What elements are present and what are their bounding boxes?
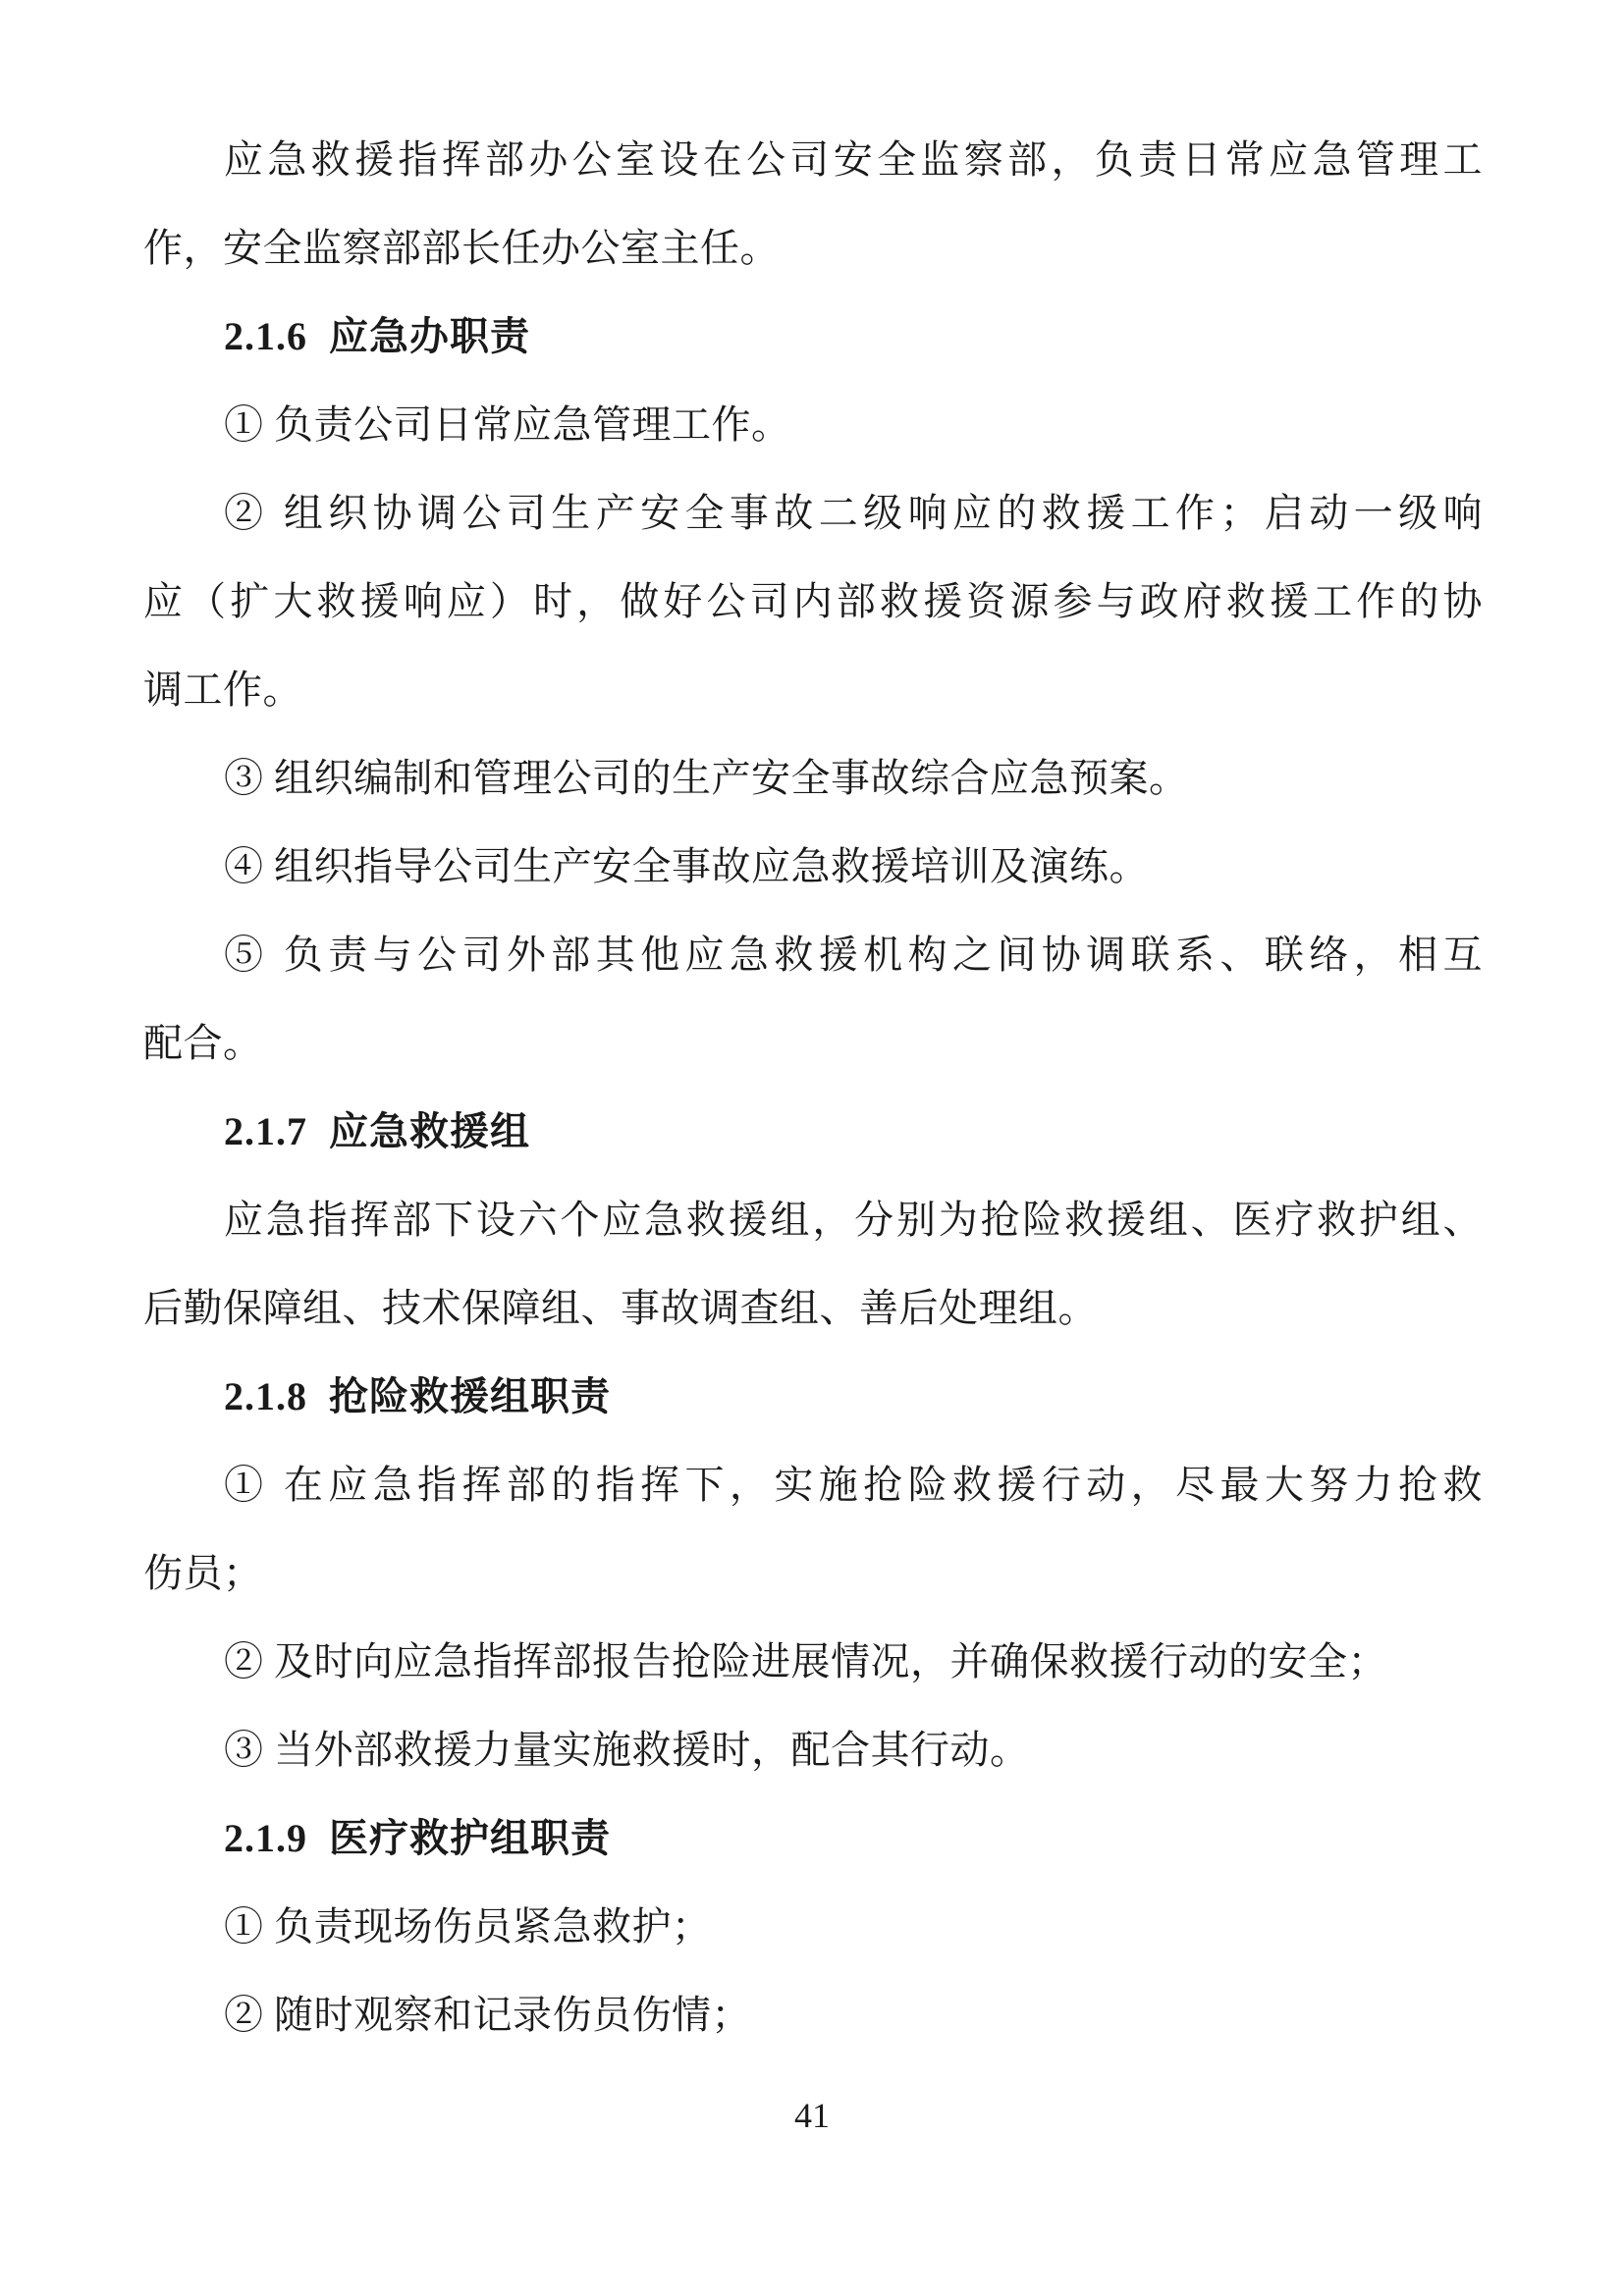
text-line: 应急指挥部下设六个应急救援组，分别为抢险救援组、医疗救护组、 bbox=[143, 1176, 1483, 1264]
page-number: 41 bbox=[0, 2091, 1624, 2140]
section-heading: 2.1.6 应急办职责 bbox=[143, 293, 1483, 381]
section-heading: 2.1.8 抢险救援组职责 bbox=[143, 1353, 1483, 1441]
text-line: 应（扩大救援响应）时，做好公司内部救援资源参与政府救援工作的协 bbox=[143, 558, 1483, 646]
text-line: ② 随时观察和记录伤员伤情； bbox=[143, 1971, 1483, 2059]
text-line: ③ 当外部救援力量实施救援时，配合其行动。 bbox=[143, 1706, 1483, 1794]
text-line: 调工作。 bbox=[143, 646, 1483, 734]
text-line: ② 组织协调公司生产安全事故二级响应的救援工作；启动一级响 bbox=[143, 469, 1483, 558]
text-line: ① 负责公司日常应急管理工作。 bbox=[143, 381, 1483, 469]
document-page: 应急救援指挥部办公室设在公司安全监察部，负责日常应急管理工作，安全监察部部长任办… bbox=[0, 0, 1624, 2296]
text-line: ② 及时向应急指挥部报告抢险进展情况，并确保救援行动的安全； bbox=[143, 1618, 1483, 1706]
text-line: ① 在应急指挥部的指挥下，实施抢险救援行动，尽最大努力抢救 bbox=[143, 1441, 1483, 1529]
text-line: 配合。 bbox=[143, 999, 1483, 1088]
section-heading: 2.1.9 医疗救护组职责 bbox=[143, 1794, 1483, 1883]
text-line: 伤员； bbox=[143, 1529, 1483, 1618]
text-line: 后勤保障组、技术保障组、事故调查组、善后处理组。 bbox=[143, 1264, 1483, 1353]
text-line: ③ 组织编制和管理公司的生产安全事故综合应急预案。 bbox=[143, 734, 1483, 823]
text-line: ① 负责现场伤员紧急救护； bbox=[143, 1883, 1483, 1971]
text-line: ⑤ 负责与公司外部其他应急救援机构之间协调联系、联络，相互 bbox=[143, 911, 1483, 999]
text-line: 应急救援指挥部办公室设在公司安全监察部，负责日常应急管理工 bbox=[143, 116, 1483, 204]
text-line: 作，安全监察部部长任办公室主任。 bbox=[143, 204, 1483, 293]
section-heading: 2.1.7 应急救援组 bbox=[143, 1088, 1483, 1176]
document-body: 应急救援指挥部办公室设在公司安全监察部，负责日常应急管理工作，安全监察部部长任办… bbox=[143, 116, 1483, 2059]
text-line: ④ 组织指导公司生产安全事故应急救援培训及演练。 bbox=[143, 823, 1483, 911]
